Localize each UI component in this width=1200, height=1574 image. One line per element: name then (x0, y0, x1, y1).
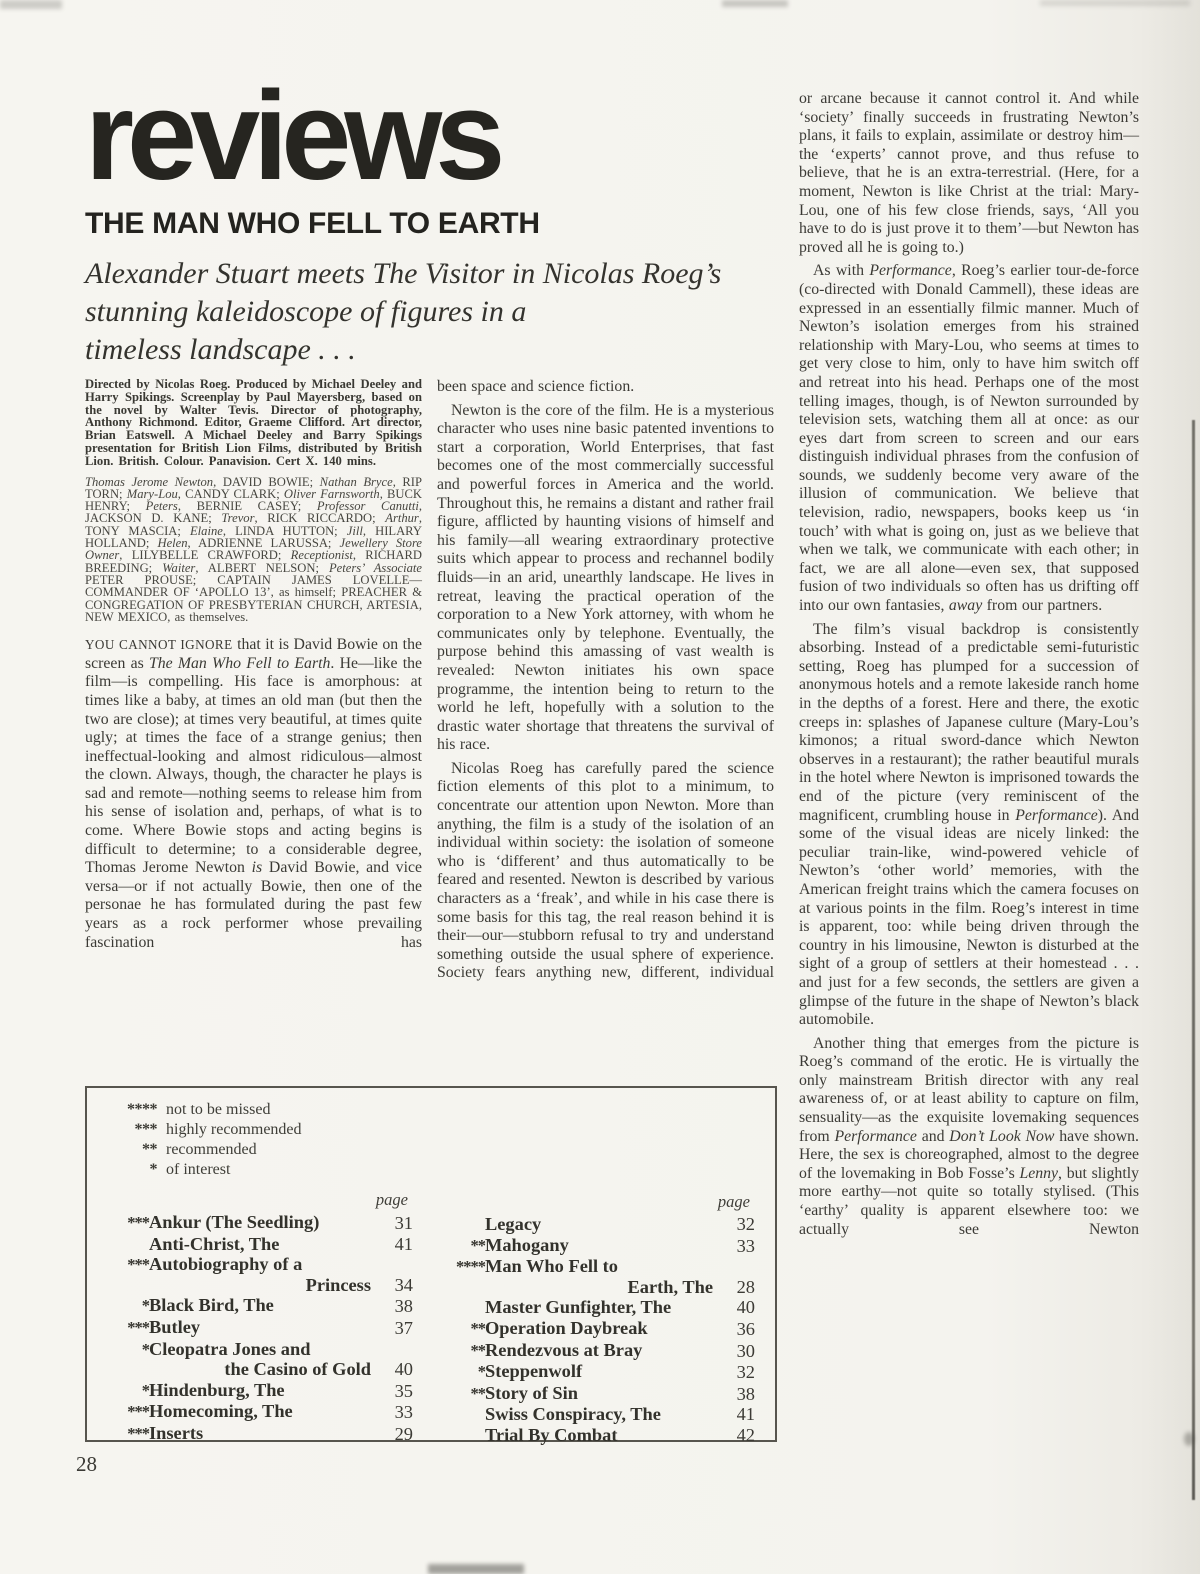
rating-stars (437, 1404, 485, 1425)
index-row: *** Ankur (The Seedling) 31 (101, 1212, 413, 1234)
rating-stars: **** (101, 1100, 157, 1120)
article-paragraph: or arcane because it cannot control it. … (799, 90, 1139, 257)
rating-stars: *** (101, 1120, 157, 1140)
index-row: Legacy 32 (437, 1214, 755, 1235)
rating-stars: **** (437, 1256, 485, 1297)
rating-label: highly recommended (166, 1120, 413, 1140)
film-title-entry: Autobiography of aPrincess (149, 1254, 373, 1295)
article-column-2: been space and science fiction.Newton is… (437, 378, 774, 988)
film-title-entry: Legacy (485, 1214, 715, 1235)
index-row: * Cleopatra Jones andthe Casino of Gold … (101, 1339, 413, 1380)
rating-stars: * (437, 1361, 485, 1383)
article-paragraph: Nicolas Roeg has carefully pared the sci… (437, 760, 774, 983)
rating-stars (437, 1297, 485, 1318)
cast-list: Thomas Jerome Newton, DAVID BOWIE; Natha… (85, 476, 422, 624)
legend-row: * of interest (101, 1160, 413, 1180)
article-paragraph: YOU CANNOT IGNORE that it is David Bowie… (85, 636, 422, 952)
index-left-column: **** not to be missed *** highly recomme… (101, 1100, 413, 1440)
index-row: * Black Bird, The 38 (101, 1295, 413, 1317)
article-paragraph: Newton is the core of the film. He is a … (437, 402, 774, 755)
article-paragraph: As with Performance, Roeg’s earlier tour… (799, 262, 1139, 615)
index-row: ** Story of Sin 38 (437, 1383, 755, 1405)
film-page-number: 32 (715, 1214, 755, 1235)
film-title-entry: Ankur (The Seedling) (149, 1212, 373, 1234)
index-row: ** Mahogany 33 (437, 1235, 755, 1257)
index-row: Master Gunfighter, The 40 (437, 1297, 755, 1318)
film-index-right: Legacy 32 ** Mahogany 33 **** Man Who Fe… (437, 1214, 755, 1446)
article-column-1: Directed by Nicolas Roeg. Produced by Mi… (85, 378, 422, 957)
index-row: ** Operation Daybreak 36 (437, 1318, 755, 1340)
article-header: reviews THE MAN WHO FELL TO EARTH Alexan… (85, 72, 785, 369)
rating-stars (101, 1234, 149, 1255)
film-page-number: 36 (715, 1319, 755, 1340)
scan-artifact-edge (1192, 420, 1195, 1500)
film-page-number: 33 (715, 1236, 755, 1257)
column-1-body: YOU CANNOT IGNORE that it is David Bowie… (85, 636, 422, 952)
section-title: reviews (85, 72, 785, 201)
rating-stars: * (101, 1380, 149, 1402)
article-column-3: or arcane because it cannot control it. … (799, 90, 1139, 1244)
film-title-entry: Steppenwolf (485, 1361, 715, 1383)
rating-stars (437, 1425, 485, 1446)
film-title-entry: Rendezvous at Bray (485, 1340, 715, 1362)
film-title-entry: Swiss Conspiracy, The (485, 1404, 715, 1425)
film-title-entry: Mahogany (485, 1235, 715, 1257)
film-title-entry: Butley (149, 1317, 373, 1339)
film-page-number: 42 (715, 1425, 755, 1446)
ratings-index-box: **** not to be missed *** highly recomme… (85, 1086, 777, 1442)
film-page-number: 41 (373, 1234, 413, 1255)
rating-stars: *** (101, 1212, 149, 1234)
index-right-column: page Legacy 32 ** Mahogany 33 (437, 1100, 755, 1440)
rating-stars: ** (437, 1340, 485, 1362)
legend-row: *** highly recommended (101, 1120, 413, 1140)
rating-stars: *** (101, 1423, 149, 1445)
index-row: * Hindenburg, The 35 (101, 1380, 413, 1402)
rating-stars: * (101, 1295, 149, 1317)
film-title-entry: Hindenburg, The (149, 1380, 373, 1402)
index-row: **** Man Who Fell toEarth, The 28 (437, 1256, 755, 1297)
rating-stars: ** (101, 1140, 157, 1160)
rating-label: of interest (166, 1160, 413, 1180)
index-row: *** Inserts 29 (101, 1423, 413, 1445)
rating-label: not to be missed (166, 1100, 413, 1120)
scan-artifact (722, 0, 788, 7)
index-row: Trial By Combat 42 (437, 1425, 755, 1446)
rating-stars: ** (437, 1318, 485, 1340)
standfirst-line: Alexander Stuart meets The Visitor in Ni… (85, 255, 785, 293)
legend-row: **** not to be missed (101, 1100, 413, 1120)
scan-artifact (1184, 1432, 1194, 1446)
ratings-legend: **** not to be missed *** highly recomme… (101, 1100, 413, 1180)
film-page-number: 37 (373, 1318, 413, 1339)
film-page-number: 35 (373, 1381, 413, 1402)
credits-paragraph: Directed by Nicolas Roeg. Produced by Mi… (85, 378, 422, 468)
film-page-number: 33 (373, 1402, 413, 1423)
film-page-number: 32 (715, 1362, 755, 1383)
film-title-entry: Black Bird, The (149, 1295, 373, 1317)
rating-stars: *** (101, 1317, 149, 1339)
film-page-number: 29 (373, 1424, 413, 1445)
index-row: *** Autobiography of aPrincess 34 (101, 1254, 413, 1295)
film-page-number: 38 (373, 1296, 413, 1317)
film-title-entry: Cleopatra Jones andthe Casino of Gold (149, 1339, 373, 1380)
film-index-left: *** Ankur (The Seedling) 31 Anti-Christ,… (101, 1212, 413, 1445)
index-row: * Steppenwolf 32 (437, 1361, 755, 1383)
rating-stars: * (101, 1339, 149, 1380)
film-title-entry: Operation Daybreak (485, 1318, 715, 1340)
film-title: THE MAN WHO FELL TO EARTH (85, 207, 785, 241)
magazine-page: reviews THE MAN WHO FELL TO EARTH Alexan… (0, 0, 1200, 1574)
rating-stars: * (101, 1160, 157, 1180)
film-title-entry: Anti-Christ, The (149, 1234, 373, 1255)
article-paragraph: Another thing that emerges from the pict… (799, 1035, 1139, 1240)
film-page-number: 28 (715, 1277, 755, 1298)
rating-label: recommended (166, 1140, 413, 1160)
film-page-number: 38 (715, 1384, 755, 1405)
rating-stars: ** (437, 1383, 485, 1405)
film-page-number: 31 (373, 1213, 413, 1234)
article-paragraph: been space and science fiction. (437, 378, 774, 397)
article-paragraph: The film’s visual backdrop is consistent… (799, 621, 1139, 1030)
standfirst-line: stunning kaleidoscope of figures in a (85, 293, 785, 331)
page-number: 28 (76, 1452, 97, 1477)
film-page-number: 30 (715, 1341, 755, 1362)
scan-artifact (428, 1564, 524, 1574)
page-column-header: page (437, 1192, 755, 1212)
film-title-entry: Master Gunfighter, The (485, 1297, 715, 1318)
index-row: ** Rendezvous at Bray 30 (437, 1340, 755, 1362)
film-page-number: 41 (715, 1404, 755, 1425)
rating-stars: ** (437, 1235, 485, 1257)
standfirst: Alexander Stuart meets The Visitor in Ni… (85, 255, 785, 369)
film-title-entry: Man Who Fell toEarth, The (485, 1256, 715, 1297)
film-page-number: 40 (715, 1297, 755, 1318)
film-page-number: 34 (373, 1275, 413, 1296)
scan-artifact (0, 0, 62, 9)
film-title-entry: Inserts (149, 1423, 373, 1445)
film-title-entry: Story of Sin (485, 1383, 715, 1405)
index-row: *** Homecoming, The 33 (101, 1401, 413, 1423)
rating-stars (437, 1214, 485, 1235)
index-row: Swiss Conspiracy, The 41 (437, 1404, 755, 1425)
scan-artifact (1040, 0, 1190, 6)
film-title-entry: Trial By Combat (485, 1425, 715, 1446)
standfirst-line: timeless landscape . . . (85, 331, 785, 369)
legend-row: ** recommended (101, 1140, 413, 1160)
rating-stars: *** (101, 1254, 149, 1295)
page-column-header: page (101, 1190, 413, 1210)
index-row: Anti-Christ, The 41 (101, 1234, 413, 1255)
film-title-entry: Homecoming, The (149, 1401, 373, 1423)
rating-stars: *** (101, 1401, 149, 1423)
index-row: *** Butley 37 (101, 1317, 413, 1339)
film-page-number: 40 (373, 1359, 413, 1380)
